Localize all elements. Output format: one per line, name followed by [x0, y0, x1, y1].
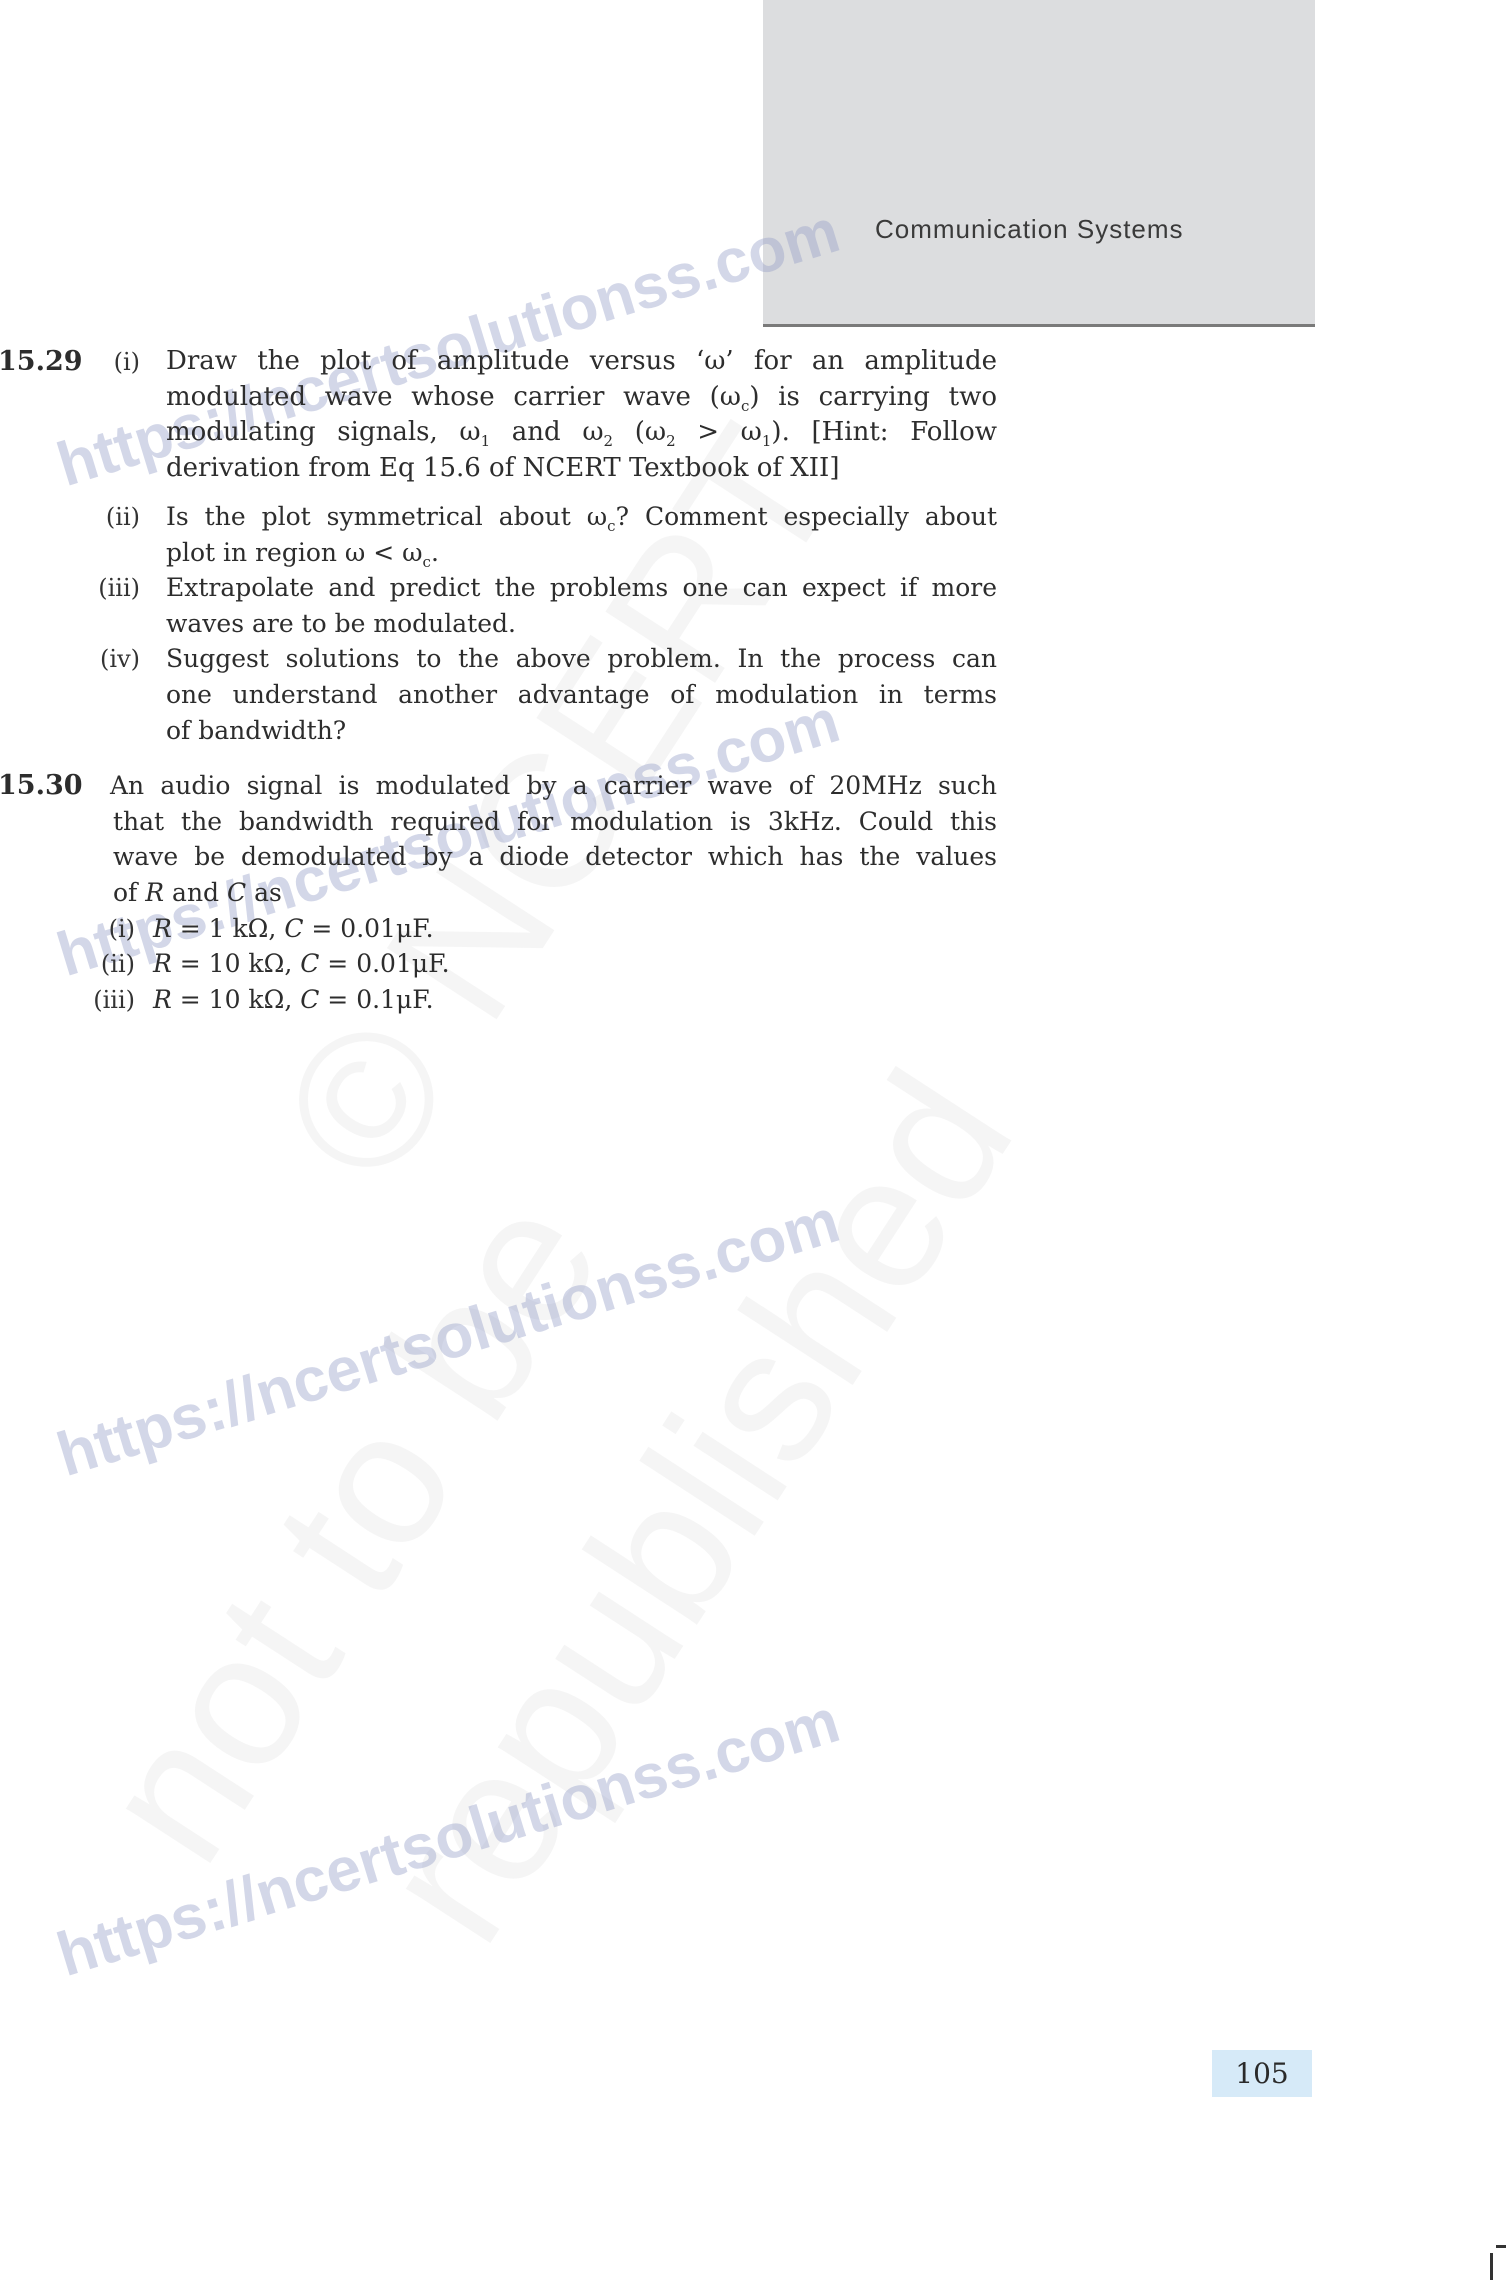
- part-label: (iii): [90, 571, 140, 607]
- question-number: 15.30: [0, 768, 83, 804]
- option-value: R = 1 kΩ, C = 0.01μF.: [153, 911, 434, 947]
- option-label: (iii): [80, 983, 135, 1019]
- option-value: R = 10 kΩ, C = 0.01μF.: [153, 946, 450, 982]
- option-c: 0.1μF.: [356, 985, 433, 1014]
- question-text-line: Draw the plot of amplitude versus ‘ω’ fo…: [166, 344, 997, 380]
- question-text-line: An audio signal is modulated by a carrie…: [110, 768, 997, 804]
- watermark-notice-line2: republished: [337, 1035, 1055, 1978]
- question-text-line: waves are to be modulated.: [166, 606, 516, 642]
- option-r: 10 kΩ: [209, 949, 285, 978]
- question-text-line: one understand another advantage of modu…: [166, 677, 997, 713]
- question-text-line: modulated wave whose carrier wave (ωc) i…: [166, 380, 997, 416]
- page-number: 105: [1212, 2050, 1312, 2097]
- part-label: (iv): [90, 642, 140, 678]
- question-text-line: modulating signals, ω1 and ω2 (ω2 > ω1).…: [166, 415, 997, 451]
- chapter-title: Communication Systems: [875, 214, 1184, 245]
- question-text-line: of bandwidth?: [166, 713, 346, 749]
- option-c: 0.01μF.: [356, 949, 449, 978]
- question-text-line: wave be demodulated by a diode detector …: [113, 839, 997, 875]
- option-value: R = 10 kΩ, C = 0.1μF.: [153, 982, 434, 1018]
- question-text-line: that the bandwidth required for modulati…: [113, 804, 997, 840]
- question-number: 15.29: [0, 344, 83, 380]
- option-r: 10 kΩ: [209, 985, 285, 1014]
- option-label: (ii): [85, 947, 135, 983]
- watermark-notice-line1: not to be: [57, 1159, 643, 1898]
- option-label: (i): [90, 912, 135, 948]
- crop-mark: [1496, 2245, 1506, 2248]
- question-text-line: derivation from Eq 15.6 of NCERT Textboo…: [166, 451, 839, 487]
- question-text-line: Is the plot symmetrical about ωc? Commen…: [166, 499, 997, 535]
- question-text-line: of R and C as: [113, 875, 282, 911]
- watermark-url-3: https://ncertsolutionss.com: [49, 1185, 847, 1491]
- option-c: 0.01μF.: [340, 914, 433, 943]
- watermark-url-4: https://ncertsolutionss.com: [49, 1685, 847, 1991]
- crop-mark: [1490, 2253, 1493, 2280]
- question-text-line: Extrapolate and predict the problems one…: [166, 570, 997, 606]
- option-r: 1 kΩ: [209, 914, 269, 943]
- part-label: (ii): [100, 500, 140, 536]
- part-label: (i): [100, 345, 140, 381]
- question-text-line: plot in region ω < ωc.: [166, 535, 439, 571]
- chapter-header: Communication Systems: [763, 0, 1315, 327]
- question-text-line: Suggest solutions to the above problem. …: [166, 641, 997, 677]
